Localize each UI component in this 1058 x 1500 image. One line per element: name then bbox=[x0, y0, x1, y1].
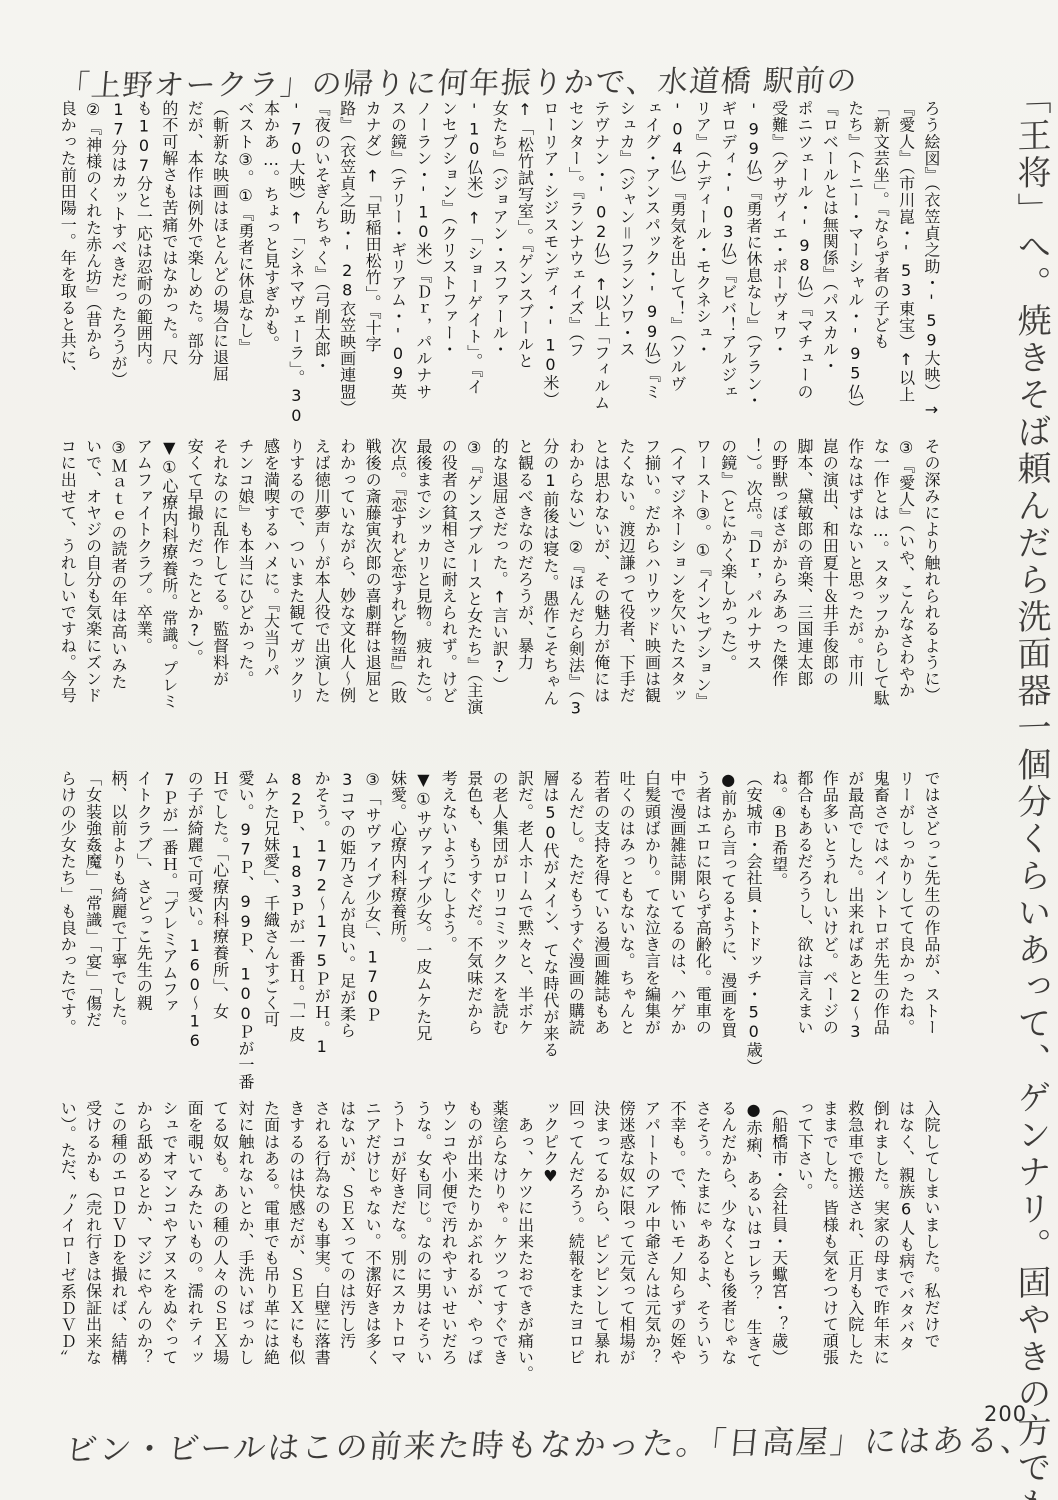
text-column: フ揃い。だからハリウッド映画は観 bbox=[639, 438, 664, 776]
text-column: 安くて早撮りだったとか?）。 bbox=[182, 438, 207, 776]
text-column: ローリア・シジスモンディ・'10米） bbox=[538, 100, 563, 438]
text-column: 女たち』（ジョアン・スファール・ bbox=[487, 100, 512, 438]
text-column: ↑「松竹試写室」。『ゲンスブールと bbox=[512, 100, 537, 438]
text-column: 倒れました。実家の母まで昨年末に bbox=[868, 1100, 893, 1438]
text-column: 82Ｐ、183Ｐが一番Ｈ。「一皮 bbox=[283, 770, 308, 1108]
text-column: シュでオマンコやアヌスをぬぐって bbox=[156, 1100, 181, 1438]
text-column: 分の1前後は寝た。愚作こそちゃん bbox=[538, 438, 563, 776]
text-column: たくない。渡辺謙って役者、下手だ bbox=[614, 438, 639, 776]
scan-page: 「上野オークラ」の帰りに何年振りかで、水道橋 駅前の 「王将」へ。焼きそば頼んだ… bbox=[0, 0, 1058, 1500]
text-column: だが、本作は例外で楽しめた。部分 bbox=[182, 100, 207, 438]
text-column: 受難』（グサヴィエ・ポーヴォワ・ bbox=[766, 100, 791, 438]
text-column: ムケた兄妹愛」、千織さんすごく可 bbox=[258, 770, 283, 1108]
text-column: るんだし。ただもうすぐ漫画の購読 bbox=[563, 770, 588, 1108]
text-column: てる奴も。あの種の人々のＳＥＸ場 bbox=[207, 1100, 232, 1438]
text-column: アムファイトクラブ。卒業。 bbox=[131, 438, 156, 776]
text-column: 白髪頭ばかり。てな泣き言を編集が bbox=[639, 770, 664, 1108]
text-column: ろう絵図』（衣笠貞之助・'59大映）→ bbox=[919, 100, 944, 438]
text-column: ▼①サヴァイブ少女。一皮ムケた兄 bbox=[410, 770, 435, 1108]
text-column: （船橋市・会社員・天蠍宮・？歳） bbox=[766, 1100, 791, 1438]
text-column: 『夜のいそぎんちゃく』（弓削太郎・ bbox=[309, 100, 334, 438]
handwritten-note-top: 「上野オークラ」の帰りに何年振りかで、水道橋 駅前の bbox=[58, 55, 942, 105]
text-column: 7Ｐが一番Ｈ。「プレミアムファ bbox=[156, 770, 181, 1108]
text-column: 層は50代がメイン、てな時代が来る bbox=[538, 770, 563, 1108]
text-column: ではさどっこ先生の作品が、ストー bbox=[919, 770, 944, 1108]
text-column: （イマジネーションを欠いたスタッ bbox=[665, 438, 690, 776]
text-column: が最高でした。出来ればあと2〜3 bbox=[842, 770, 867, 1108]
text-column: 『ロベールとは無関係』（パスカル・ bbox=[817, 100, 842, 438]
text-column: 最後までシッカリと見物。疲れた）。 bbox=[410, 438, 435, 776]
text-column: 都合もあるだろうし、欲は言えまい bbox=[792, 770, 817, 1108]
text-column: ポニツェール・'98仏）『マチューの bbox=[792, 100, 817, 438]
text-column: 吐くのはみっともないな。ちゃんと bbox=[614, 770, 639, 1108]
text-column: '04仏）『勇気を出して！』（ソルヴ bbox=[665, 100, 690, 438]
text-column: ③『ゲンスブルースと女たち』（主演 bbox=[461, 438, 486, 776]
text-column: らけの少女たち」も良かったです。 bbox=[55, 770, 80, 1108]
text-column: コに出せて、うれしいですね。今号 bbox=[55, 438, 80, 776]
text-column: はないが、ＳＥＸってのは汚し汚 bbox=[334, 1100, 359, 1438]
text-column: ！）。次点。『Ｄｒ，パルナサス bbox=[741, 438, 766, 776]
text-column: 「女装強姦魔」「常識」「宴」「傷だ bbox=[80, 770, 105, 1108]
text-column: 戦後の斎藤寅次郎の喜劇群は退屈と bbox=[360, 438, 385, 776]
text-column: イトクラブ」、さどっこ先生の親 bbox=[131, 770, 156, 1108]
text-column: （斬新な映画はほとんどの場合に退屈 bbox=[207, 100, 232, 438]
text-column: '70大映）↑「シネマヴェーラ」。30 bbox=[283, 100, 308, 438]
text-column: 的不可解さも苦痛ではなかった。尺 bbox=[156, 100, 181, 438]
text-column: ●前から言ってるように、漫画を買 bbox=[715, 770, 740, 1108]
text-column: 的な退屈さだった。↑言い訳?） bbox=[487, 438, 512, 776]
text-column: ままでした。皆様も気をつけて頑張 bbox=[817, 1100, 842, 1438]
text-band-3: ではさどっこ先生の作品が、ストーリーがしっかりしてて良かったね。鬼畜さではペイン… bbox=[52, 770, 944, 1108]
text-column: わからない）②『ほんだら剣法』（3 bbox=[563, 438, 588, 776]
text-column: シュカ』（ジャン＝フランソワ・ス bbox=[614, 100, 639, 438]
text-column: 救急車で搬送され、正月も入院した bbox=[842, 1100, 867, 1438]
text-column: 作なはずはないと思ったが。市川 bbox=[842, 438, 867, 776]
text-column: 傍迷惑な奴に限って元気って相場が bbox=[614, 1100, 639, 1438]
text-column: 面を覗いてみたいもの。濡れティッ bbox=[182, 1100, 207, 1438]
text-column: 回ってんだろう。続報をまたヨロピ bbox=[563, 1100, 588, 1438]
text-column: な一作とは…。スタッフからして駄 bbox=[868, 438, 893, 776]
text-column: うな。女も同じ。なのに男はそうい bbox=[410, 1100, 435, 1438]
text-column: 作品多いとうれしいけど。ページの bbox=[817, 770, 842, 1108]
text-column: の鏡』（とにかく楽しかった）。 bbox=[715, 438, 740, 776]
text-column: い）。ただ、〝ノイローゼ系ＤＶＤ〟 bbox=[55, 1100, 80, 1438]
text-column: ニアだけじゃない。不潔好きは多く bbox=[360, 1100, 385, 1438]
text-column: カナダ）↑「早稲田松竹」。『十字 bbox=[360, 100, 385, 438]
text-column: ンセプション』（クリストファー・ bbox=[436, 100, 461, 438]
text-column: 「新文芸坐」。『ならず者の子ども bbox=[868, 100, 893, 438]
text-column: ックピク♥ bbox=[538, 1100, 563, 1438]
text-column: 良かった前田陽一。年を取ると共に、 bbox=[55, 100, 80, 438]
text-column: きするのは快感だが、ＳＥＸにも似 bbox=[283, 1100, 308, 1438]
text-column: た面はある。電車でも吊り革には絶 bbox=[258, 1100, 283, 1438]
text-column: たち』（トニー・マーシャル・'95仏） bbox=[842, 100, 867, 438]
text-column: 次点。『恋すれど恋すれど物語』（敗 bbox=[385, 438, 410, 776]
text-band-1: ろう絵図』（衣笠貞之助・'59大映）→『愛人』（市川崑・'53東宝）↑以上「新文… bbox=[52, 100, 944, 438]
text-column: 鬼畜さではペイントロボ先生の作品 bbox=[868, 770, 893, 1108]
text-column: いで、オヤジの自分も気楽にズンド bbox=[80, 438, 105, 776]
text-column: うトコが好きだな。別にスカトロマ bbox=[385, 1100, 410, 1438]
text-column: の野獣っぽさがからみあった傑作 bbox=[766, 438, 791, 776]
text-column: の子が綺麗で可愛い。160〜16 bbox=[182, 770, 207, 1108]
text-column: 受けるかも（売れ行きは保証出来な bbox=[80, 1100, 105, 1438]
text-column: ③「サヴァイブ少女」、170Ｐ bbox=[360, 770, 385, 1108]
text-column: ワースト③。①『インセプション』 bbox=[690, 438, 715, 776]
text-column: '99仏）『勇者に休息なし』（アラン・ bbox=[741, 100, 766, 438]
text-column: スの鏡』（テリー・ギリアム・'09英 bbox=[385, 100, 410, 438]
text-column: るんだから、少なくとも後者じゃな bbox=[715, 1100, 740, 1438]
text-band-2: その深みにより触れられるように）③『愛人』（いや、こんなさわやかな一作とは…。ス… bbox=[52, 438, 944, 776]
text-column: 入院してしまいました。私だけで bbox=[919, 1100, 944, 1438]
text-column: '10仏米）↑「ショーゲイト」。『イ bbox=[461, 100, 486, 438]
text-column: あっ、ケツに出来たおできが痛い。 bbox=[512, 1100, 537, 1438]
text-column: ▼①心療内科療養所。常識。プレミ bbox=[156, 438, 181, 776]
text-column: ノーラン・'10米）『Ｄｒ，パルナサ bbox=[410, 100, 435, 438]
text-column: 妹愛。心療内科療養所。 bbox=[385, 770, 410, 1108]
text-band-4: 入院してしまいました。私だけではなく、親族6人も病でバタバタ倒れました。実家の母… bbox=[52, 1100, 944, 1438]
text-column: チンコ娘』も本当にひどかった。 bbox=[233, 438, 258, 776]
text-column: はなく、親族6人も病でバタバタ bbox=[893, 1100, 918, 1438]
handwritten-note-bottom: ビン・ビールはこの前来た時もなかった。「日高屋」にはある、 bbox=[63, 1415, 988, 1471]
text-column: わかっていながら、妙な文化人〜例 bbox=[334, 438, 359, 776]
text-column: センター」。『ランナウェイズ』（フ bbox=[563, 100, 588, 438]
text-column: テヴナン・'02仏）↑以上「フィルム bbox=[588, 100, 613, 438]
text-column: って下さい。 bbox=[792, 1100, 817, 1438]
text-column: 考えないようにしよう。 bbox=[436, 770, 461, 1108]
text-column: その深みにより触れられるように） bbox=[919, 438, 944, 776]
text-column: 路』（衣笠貞之助・'28衣笠映画連盟） bbox=[334, 100, 359, 438]
text-column: この種のエロＤＶＤを撮れば、結構 bbox=[106, 1100, 131, 1438]
text-column: 『愛人』（市川崑・'53東宝）↑以上 bbox=[893, 100, 918, 438]
text-column: 決まってるから、ピンピンして暴れ bbox=[588, 1100, 613, 1438]
text-column: ものが出来たりかぶれるが、やっぱ bbox=[461, 1100, 486, 1438]
text-column: とは思わないが、その魅力が俺には bbox=[588, 438, 613, 776]
text-column: かそう。172〜175ＰがＨ。1 bbox=[309, 770, 334, 1108]
text-column: リア』（ナディール・モクネシュ・ bbox=[690, 100, 715, 438]
text-column: ③『愛人』（いや、こんなさわやか bbox=[893, 438, 918, 776]
text-column: 3コマの姫乃さんが良い。足が柔ら bbox=[334, 770, 359, 1108]
text-column: う者はエロに限らず高齢化。電車の bbox=[690, 770, 715, 1108]
text-column: ②『神様のくれた赤ん坊』（昔から bbox=[80, 100, 105, 438]
text-column: ギロディ・'03仏）『ビバ！アルジェ bbox=[715, 100, 740, 438]
text-column: それなのに乱作してる。監督料が bbox=[207, 438, 232, 776]
text-column: アパートのアル中爺さんは元気か？ bbox=[639, 1100, 664, 1438]
text-column: 柄、以前よりも綺麗で丁寧でした。 bbox=[106, 770, 131, 1108]
text-column: ェイグ・アンスパック・'99仏）『ミ bbox=[639, 100, 664, 438]
text-column: 崑の演出、和田夏十＆井手俊郎の bbox=[817, 438, 842, 776]
handwritten-note-right: 「王将」へ。焼きそば頼んだら洗面器一個分くらいあって、ゲンナリ。固やきの方でも喰… bbox=[948, 80, 1048, 1413]
text-column: ベスト③。①『勇者に休息なし』 bbox=[233, 100, 258, 438]
text-column: Ｈでした。「心療内科療養所」、女 bbox=[207, 770, 232, 1108]
text-column: の役者の貧相さに耐えられず。けど bbox=[436, 438, 461, 776]
text-column: も107分と一応は忍耐の範囲内。 bbox=[131, 100, 156, 438]
text-column: 愛い。97Ｐ、99Ｐ、100Ｐが一番 bbox=[233, 770, 258, 1108]
text-column: 対に触れないとか、手洗いばっかし bbox=[233, 1100, 258, 1438]
text-column: 脚本、黛敏郎の音楽、三国連太郎 bbox=[792, 438, 817, 776]
text-column: さそう。たまにゃあるよ、そういう bbox=[690, 1100, 715, 1438]
text-column: りするので、ついまた観てガックリ bbox=[283, 438, 308, 776]
text-column: リーがしっかりしてて良かったね。 bbox=[893, 770, 918, 1108]
text-column: 本かあ…。ちょっと見すぎかも。 bbox=[258, 100, 283, 438]
text-column: 17分はカットすべきだったろうが） bbox=[106, 100, 131, 438]
text-column: 景色も、もうすぐだ。不気味だから bbox=[461, 770, 486, 1108]
text-column: ③Ｍａｔｅの読者の年は高いみた bbox=[106, 438, 131, 776]
text-column: 不幸も。で、怖いモノ知らずの姪や bbox=[665, 1100, 690, 1438]
text-column: 薬塗らなけりゃ。ケツってすぐでき bbox=[487, 1100, 512, 1438]
text-column: される行為なのも事実。白壁に落書 bbox=[309, 1100, 334, 1438]
text-column: 中で漫画雑誌開いてるのは、ハゲか bbox=[665, 770, 690, 1108]
text-column: の老人集団がロリコミックスを読む bbox=[487, 770, 512, 1108]
text-column: （安城市・会社員・トドッチ・50歳） bbox=[741, 770, 766, 1108]
text-column: ね。④Ｂ希望。 bbox=[766, 770, 791, 1108]
text-column: と観るべきなのだろうが、暴力 bbox=[512, 438, 537, 776]
text-column: 訳だ。老人ホームで黙々と、半ボケ bbox=[512, 770, 537, 1108]
text-column: 若者の支持を得ている漫画雑誌もあ bbox=[588, 770, 613, 1108]
text-column: ウンコや小便で汚れやすいせいだろ bbox=[436, 1100, 461, 1438]
text-column: えば徳川夢声〜が本人役で出演した bbox=[309, 438, 334, 776]
text-column: ●赤痢、あるいはコレラ？ 生きて bbox=[741, 1100, 766, 1438]
text-column: から舐めるとか、マジにやんのか？ bbox=[131, 1100, 156, 1438]
text-column: 感を満喫するハメに。『大当りパ bbox=[258, 438, 283, 776]
